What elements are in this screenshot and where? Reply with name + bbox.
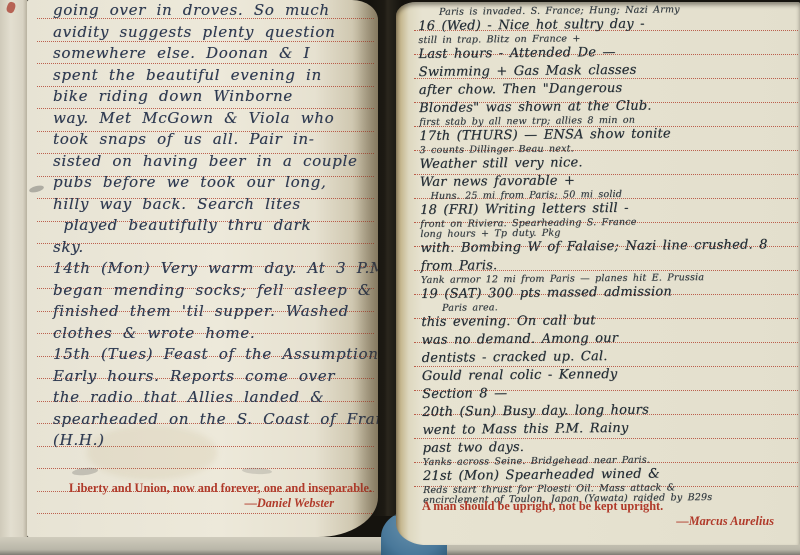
left-page-stack-edge (0, 0, 27, 555)
left-page: going over in droves. So muchavidity sug… (27, 0, 378, 537)
handwriting-line: the radio that Allies landed & (53, 387, 378, 409)
handwriting-left: going over in droves. So muchavidity sug… (53, 0, 378, 452)
handwriting-line: sisted on having beer in a couple (53, 151, 378, 173)
handwriting-right: Paris is invaded. S. France; Hung; Nazi … (418, 4, 800, 506)
handwriting-line: pubs before we took our long, (53, 172, 378, 194)
handwriting-line: Early hours. Reports come over (53, 366, 378, 388)
handwriting-line: began mending socks; fell asleep & (53, 280, 378, 302)
handwriting-line: bike riding down Winborne (53, 86, 378, 108)
quote-text: Liberty and Union, now and forever, one … (39, 481, 372, 496)
printed-quote-right: A man should be upright, not be kept upr… (422, 499, 792, 529)
handwriting-line: avidity suggests plenty question (53, 22, 378, 44)
quote-attribution: —Marcus Aurelius (422, 514, 774, 529)
handwriting-line: 14th (Mon) Very warm day. At 3 P.M. (53, 258, 378, 280)
handwriting-line: played beautifully thru dark (53, 215, 378, 237)
handwriting-line: sky. (53, 237, 378, 259)
diary-photo: going over in droves. So muchavidity sug… (0, 0, 800, 555)
quote-text: A man should be upright, not be kept upr… (422, 499, 792, 514)
handwriting-line: way. Met McGown & Viola who (53, 108, 378, 130)
handwriting-line: clothes & wrote home. (53, 323, 378, 345)
handwriting-line: spearheaded on the S. Coast of France (53, 409, 378, 431)
quote-attribution: —Daniel Webster (39, 496, 334, 511)
handwriting-line: somewhere else. Doonan & I (53, 43, 378, 65)
handwriting-line: going over in droves. So much (53, 0, 378, 22)
printed-quote-left: Liberty and Union, now and forever, one … (39, 481, 372, 511)
handwriting-line: took snaps of us all. Pair in- (53, 129, 378, 151)
handwriting-line: spent the beautiful evening in (53, 65, 378, 87)
handwriting-line: finished them 'til supper. Washed (53, 301, 378, 323)
handwriting-line: (H.H.) (53, 430, 378, 452)
handwriting-line: hilly way back. Search lites (53, 194, 378, 216)
right-page: Paris is invaded. S. France; Hung; Nazi … (396, 2, 800, 545)
handwriting-line: 15th (Tues) Feast of the Assumption (53, 344, 378, 366)
